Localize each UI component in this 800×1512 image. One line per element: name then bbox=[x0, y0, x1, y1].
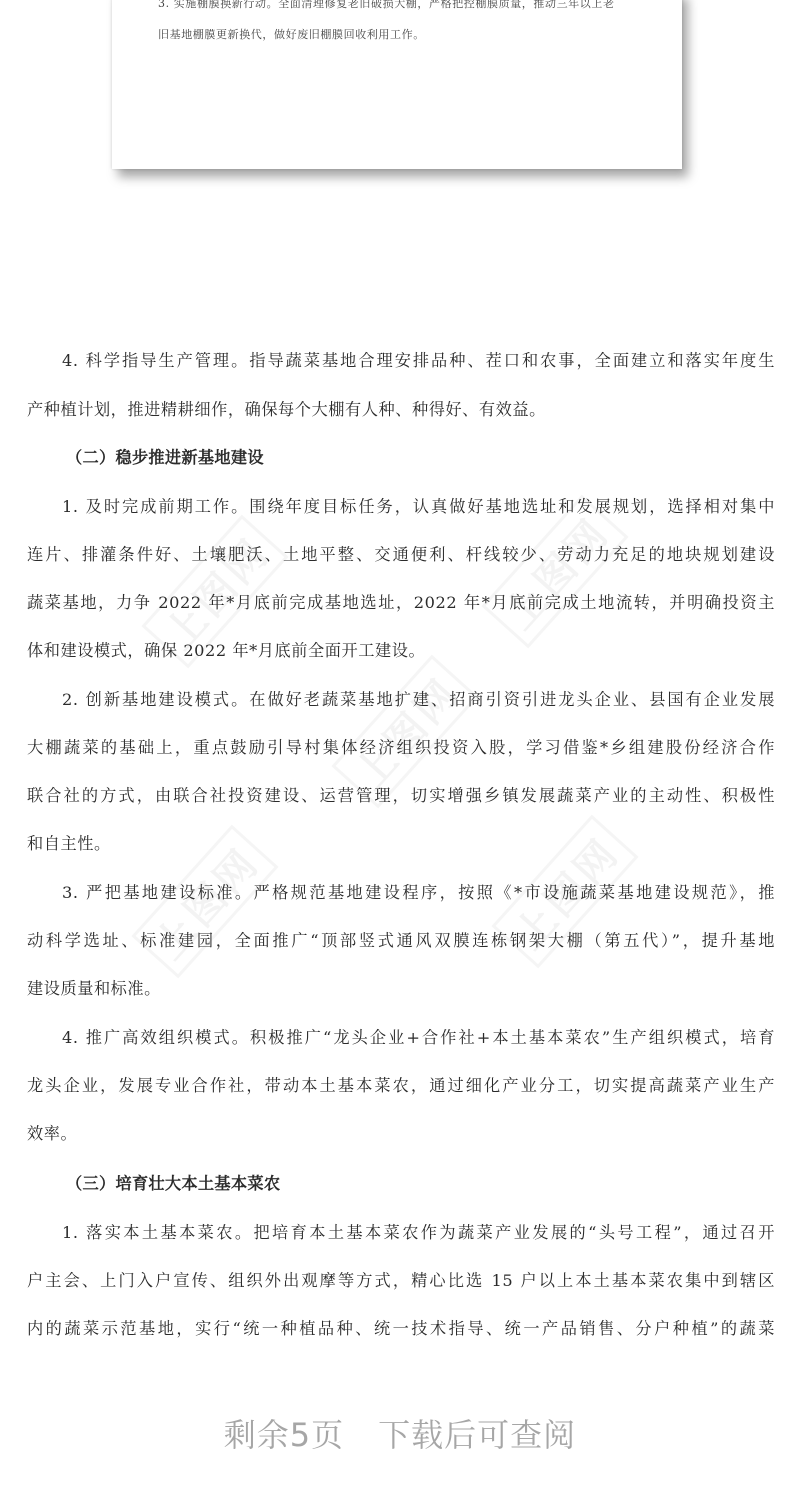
paragraph-line: 3. 严把基地建设标准。严格规范基地建设程序，按照《*市设施蔬菜基地建设规范》，… bbox=[62, 879, 775, 903]
paragraph-line: 产种植计划，推进精耕细作，确保每个大棚有人种、种得好、有效益。 bbox=[27, 396, 775, 420]
paragraph-line: 体和建设模式，确保 2022 年*月底前全面开工建设。 bbox=[27, 637, 775, 661]
paragraph-line: 联合社的方式，由联合社投资建设、运营管理，切实增强乡镇发展蔬菜产业的主动性、积极… bbox=[27, 782, 775, 806]
section-heading: （三）培育壮大本土基本菜农 bbox=[66, 1170, 800, 1194]
paragraph-line: 连片、排灌条件好、土壤肥沃、土地平整、交通便利、杆线较少、劳动力充足的地块规划建… bbox=[27, 541, 775, 565]
paragraph-line: 蔬菜基地，力争 2022 年*月底前完成基地选址，2022 年*月底前完成土地流… bbox=[27, 589, 775, 613]
section-heading: （二）稳步推进新基地建设 bbox=[66, 444, 800, 468]
previous-page-preview: 3. 实施棚膜换新行动。全面清理修复老旧破损大棚，严格把控棚膜质量，推动三年以上… bbox=[112, 0, 682, 169]
download-hint-label[interactable]: 下载后可查阅 bbox=[378, 1410, 576, 1456]
paragraph-line: 户主会、上门入户宣传、组织外出观摩等方式，精心比选 15 户以上本土基本菜农集中… bbox=[27, 1267, 775, 1291]
paragraph-line: 2. 创新基地建设模式。在做好老蔬菜基地扩建、招商引资引进龙头企业、县国有企业发… bbox=[62, 686, 775, 710]
paragraph-line: 内的蔬菜示范基地，实行“统一种植品种、统一技术指导、统一产品销售、分户种植”的蔬… bbox=[27, 1315, 775, 1339]
paragraph-line: 动科学选址、标准建园，全面推广“顶部竖式通风双膜连栋钢架大棚（第五代）”，提升基… bbox=[27, 927, 775, 951]
paragraph-line: 4. 推广高效组织模式。积极推广“龙头企业+合作社+本土基本菜农”生产组织模式，… bbox=[62, 1024, 775, 1048]
paragraph-line: 效率。 bbox=[27, 1120, 775, 1144]
paragraph-line: 大棚蔬菜的基础上，重点鼓励引导村集体经济组织投资入股，学习借鉴*乡组建股份经济合… bbox=[27, 734, 775, 758]
paragraph-line: 建设质量和标准。 bbox=[27, 975, 775, 999]
paragraph-line: 龙头企业，发展专业合作社，带动本土基本菜农，通过细化产业分工，切实提高蔬菜产业生… bbox=[27, 1072, 775, 1096]
remaining-pages-label: 剩余5页 bbox=[224, 1410, 344, 1456]
preview-line: 3. 实施棚膜换新行动。全面清理修复老旧破损大棚，严格把控棚膜质量，推动三年以上… bbox=[158, 0, 658, 19]
paragraph-line: 1. 落实本土基本菜农。把培育本土基本菜农作为蔬菜产业发展的“头号工程”，通过召… bbox=[62, 1219, 775, 1243]
paragraph-line: 4. 科学指导生产管理。指导蔬菜基地合理安排品种、茬口和农事，全面建立和落实年度… bbox=[62, 347, 775, 371]
paragraph-line: 和自主性。 bbox=[27, 830, 775, 854]
paragraph-line: 1. 及时完成前期工作。围绕年度目标任务，认真做好基地选址和发展规划，选择相对集… bbox=[62, 493, 775, 517]
watermark: 上图网 bbox=[481, 495, 628, 649]
preview-line: 旧基地棚膜更新换代，做好废旧棚膜回收利用工作。 bbox=[158, 19, 658, 50]
download-prompt[interactable]: 剩余5页下载后可查阅 bbox=[0, 1410, 800, 1456]
